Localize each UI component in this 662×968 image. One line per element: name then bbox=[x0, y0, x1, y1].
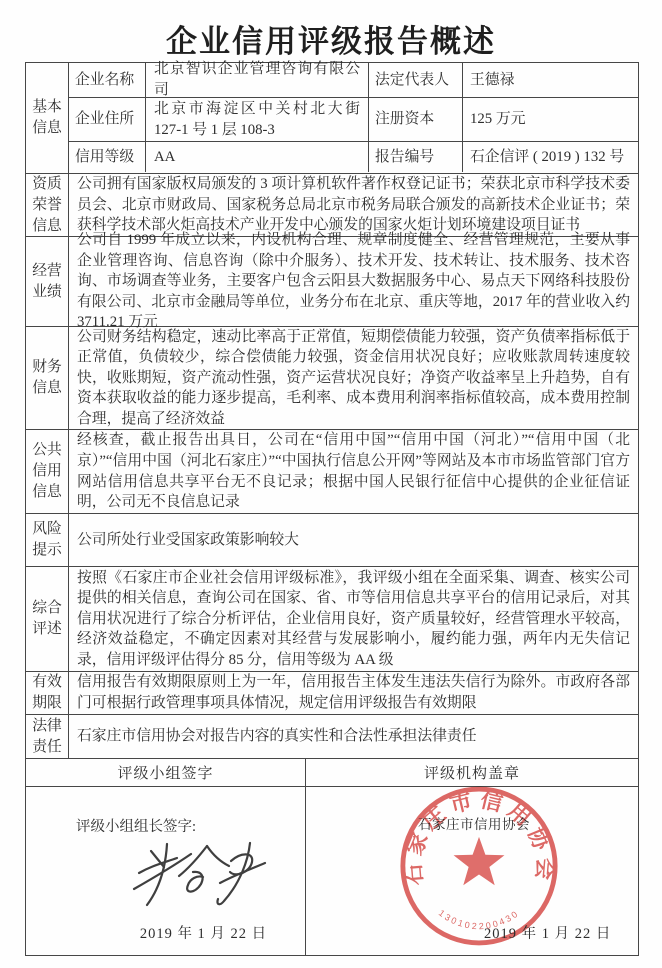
field-label-company-address: 企业住所 bbox=[69, 98, 146, 141]
section-label-legal: 法律责任 bbox=[26, 715, 69, 758]
signature-header-row: 评级小组签字 评级机构盖章 bbox=[26, 758, 638, 786]
section-risk-warning: 风险提示 公司所处行业受国家政策影响较大 bbox=[26, 513, 638, 566]
section-label-business: 经营业绩 bbox=[26, 237, 69, 326]
section-legal-liability: 法律责任 石家庄市信用协会对报告内容的真实性和合法性承担法律责任 bbox=[26, 714, 638, 758]
handwritten-signature bbox=[126, 839, 276, 919]
signature-date-left: 2019 年 1 月 22 日 bbox=[116, 922, 291, 943]
section-label-financial: 财务信息 bbox=[26, 327, 69, 429]
field-value-text: 北京市海淀区中关村北大街 127-1 号 1 层 108-3 bbox=[154, 99, 360, 140]
basic-info-grid: 企业名称 北京智识企业管理咨询有限公司 法定代表人 王德禄 企业住所 北京市海淀… bbox=[69, 63, 638, 173]
field-label-credit-grade: 信用等级 bbox=[69, 142, 146, 172]
section-label-qualifications: 资质荣誉信息 bbox=[26, 174, 69, 236]
section-label-basic-info: 基本信息 bbox=[26, 63, 69, 173]
field-label-registered-capital: 注册资本 bbox=[369, 98, 463, 141]
field-value-text: AA bbox=[154, 147, 360, 168]
leader-signature-label: 评级小组组长签字: bbox=[76, 815, 196, 836]
section-financial-info: 财务信息 公司财务结构稳定，速动比率高于正常值，短期偿债能力较强，资产负债率指标… bbox=[26, 326, 638, 429]
field-value-report-number: 石企信评 ( 2019 ) 132 号 bbox=[463, 142, 638, 172]
section-content-financial: 公司财务结构稳定，速动比率高于正常值，短期偿债能力较强，资产负债率指标低于正常值… bbox=[69, 327, 638, 429]
section-label-public-credit: 公共信用信息 bbox=[26, 430, 69, 513]
seal-star-icon bbox=[454, 837, 505, 885]
field-label-report-number: 报告编号 bbox=[369, 142, 463, 172]
section-content-validity: 信用报告有效期限原则上为一年，信用报告主体发生违法失信行为除外。市政府各部门可根… bbox=[69, 672, 638, 714]
table-row: 企业住所 北京市海淀区中关村北大街 127-1 号 1 层 108-3 注册资本… bbox=[69, 97, 638, 141]
field-label-company-name: 企业名称 bbox=[69, 63, 146, 97]
signature-header-agency: 评级机构盖章 bbox=[306, 759, 638, 786]
signature-team-cell: 评级小组组长签字: 2019 年 1 月 2 bbox=[26, 787, 306, 955]
table-row: 信用等级 AA 报告编号 石企信评 ( 2019 ) 132 号 bbox=[69, 141, 638, 172]
report-page: 企业信用评级报告概述 基本信息 企业名称 北京智识企业管理咨询有限公司 法定代表… bbox=[0, 0, 662, 968]
section-label-validity: 有效期限 bbox=[26, 672, 69, 714]
report-table: 基本信息 企业名称 北京智识企业管理咨询有限公司 法定代表人 王德禄 企业住所 … bbox=[25, 62, 639, 956]
signature-header-team: 评级小组签字 bbox=[26, 759, 306, 786]
section-public-credit-info: 公共信用信息 经核查，截止报告出具日，公司在“信用中国”“信用中国（河北）”“信… bbox=[26, 429, 638, 513]
section-content-risk: 公司所处行业受国家政策影响较大 bbox=[69, 514, 638, 566]
field-value-legal-rep: 王德禄 bbox=[463, 63, 638, 97]
section-content-review: 按照《石家庄市企业社会信用评级标准》，我评级小组在全面采集、调查、核实公司提供的… bbox=[69, 567, 638, 671]
section-label-risk: 风险提示 bbox=[26, 514, 69, 566]
section-comprehensive-review: 综合评述 按照《石家庄市企业社会信用评级标准》，我评级小组在全面采集、调查、核实… bbox=[26, 566, 638, 671]
section-qualifications-honors: 资质荣誉信息 公司拥有国家版权局颁发的 3 项计算机软件著作权登记证书；荣获北京… bbox=[26, 173, 638, 236]
field-value-registered-capital: 125 万元 bbox=[463, 98, 638, 141]
section-content-public-credit: 经核查，截止报告出具日，公司在“信用中国”“信用中国（河北）”“信用中国（北京）… bbox=[69, 430, 638, 513]
field-value-credit-grade: AA bbox=[146, 142, 369, 172]
table-row: 企业名称 北京智识企业管理咨询有限公司 法定代表人 王德禄 bbox=[69, 63, 638, 97]
section-basic-info: 基本信息 企业名称 北京智识企业管理咨询有限公司 法定代表人 王德禄 企业住所 … bbox=[26, 63, 638, 173]
section-content-qualifications: 公司拥有国家版权局颁发的 3 项计算机软件著作权登记证书；荣获北京市科学技术委员… bbox=[69, 174, 638, 236]
section-label-review: 综合评述 bbox=[26, 567, 69, 671]
page-title: 企业信用评级报告概述 bbox=[0, 16, 662, 61]
section-validity-period: 有效期限 信用报告有效期限原则上为一年，信用报告主体发生违法失信行为除外。市政府… bbox=[26, 671, 638, 714]
signature-date-right: 2019 年 1 月 22 日 bbox=[484, 922, 611, 943]
field-label-legal-rep: 法定代表人 bbox=[369, 63, 463, 97]
field-value-company-address: 北京市海淀区中关村北大街 127-1 号 1 层 108-3 bbox=[146, 98, 369, 141]
field-value-text: 北京智识企业管理咨询有限公司 bbox=[154, 59, 360, 100]
section-content-business: 公司自 1999 年成立以来，内设机构合理、规章制度健全、经营管理规范，主要从事… bbox=[69, 237, 638, 326]
field-value-company-name: 北京智识企业管理咨询有限公司 bbox=[146, 63, 369, 97]
section-business-performance: 经营业绩 公司自 1999 年成立以来，内设机构合理、规章制度健全、经营管理规范… bbox=[26, 236, 638, 326]
signature-agency-cell: 石家庄市信用协会 石家庄市信用协会 130102200430 201 bbox=[306, 787, 638, 955]
section-content-legal: 石家庄市信用协会对报告内容的真实性和合法性承担法律责任 bbox=[69, 715, 638, 758]
signature-body-row: 评级小组组长签字: 2019 年 1 月 2 bbox=[26, 786, 638, 955]
